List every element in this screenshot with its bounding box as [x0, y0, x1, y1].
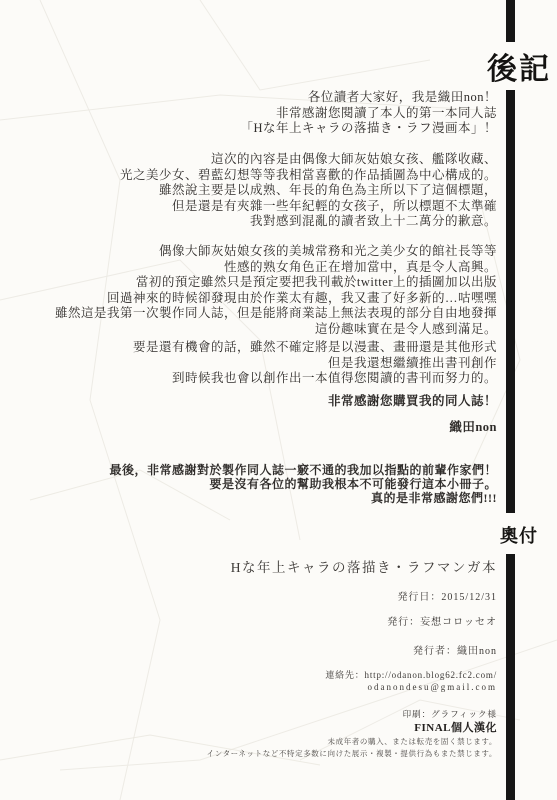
text-line: 要是還有機會的話，雖然不確定將是以漫畫、畫冊還是其他形式: [30, 340, 497, 356]
future-plans-paragraph: 要是還有機會的話，雖然不確定將是以漫畫、畫冊還是其他形式 但是我還想繼續推出書刊…: [30, 340, 497, 387]
greeting-paragraph: 各位讀者大家好，我是織田non！ 非常感謝您閱讀了本人的第一本同人誌 「Hな年上…: [30, 90, 497, 137]
contact-email: odanondesu@gmail.com: [30, 682, 497, 692]
text-line: 這次的內容是由偶像大師灰姑娘女孩、艦隊收藏、: [30, 152, 497, 168]
text-line: 「Hな年上キャラの落描き・ラフ漫画本」！: [30, 121, 497, 137]
text-line: 雖然說主要是以成熟、年長的角色為主所以下了這個標題，: [30, 183, 497, 199]
final-thanks-paragraph: 最後，非常感謝對於製作同人誌一竅不通的我加以指點的前輩作家們！ 要是沒有各位的幫…: [30, 464, 497, 505]
content-paragraph: 這次的內容是由偶像大師灰姑娘女孩、艦隊收藏、 光之美少女、碧藍幻想等等我相當喜歡…: [30, 152, 497, 230]
issuer: 発行者：織田non: [30, 642, 497, 657]
text-line: 性感的熟女角色正在增加當中，真是令人高興。: [30, 260, 497, 276]
text-line: 各位讀者大家好，我是織田non！: [30, 90, 497, 106]
text-line: 當初的預定雖然只是預定要把我刊載於twitter上的插圖加以出版: [30, 275, 497, 291]
legal-notice-line: インターネットなど不特定多数に向けた展示・複製・提供行為もまた禁じます。: [30, 748, 497, 759]
text-line: 要是沒有各位的幫助我根本不可能發行這本小冊子。: [30, 478, 497, 492]
text-line: 非常感謝您閱讀了本人的第一本同人誌: [30, 106, 497, 122]
right-edge-bar-top: [506, 0, 515, 42]
right-edge-bar-middle: [506, 90, 515, 513]
text-line: 光之美少女、碧藍幻想等等我相當喜歡的作品插圖為中心構成的。: [30, 168, 497, 184]
legal-notice-line: 未成年者の購入、または転売を固く禁じます。: [30, 736, 497, 747]
publish-date: 発行日：2015/12/31: [30, 588, 497, 603]
text-line: 真的是非常感謝您們!!!: [30, 492, 497, 506]
text-line: 但是我還想繼續推出書刊創作: [30, 356, 497, 372]
colophon-heading: 奧付: [500, 522, 538, 548]
right-edge-bar-bottom: [506, 554, 515, 800]
book-title: Hな年上キャラの落描き・ラフマンガ本: [30, 560, 497, 576]
text-line: 最後，非常感謝對於製作同人誌一竅不通的我加以指點的前輩作家們！: [30, 464, 497, 478]
afterword-heading: 後記: [487, 44, 551, 88]
text-line: 但是還是有夾雜一些年紀輕的女孩子，所以標題不太準確: [30, 199, 497, 215]
text-line: 回過神來的時候卻發現由於作業太有趣，我又畫了好多新的…咕嘿嘿: [30, 291, 497, 307]
text-line: 我對感到混亂的讀者致上十二萬分的歉意。: [30, 214, 497, 230]
text-line: 偶像大師灰姑娘女孩的美城常務和光之美少女的館社長等等: [30, 244, 497, 260]
contact-url: 連絡先：http://odanon.blog62.fc2.com/: [30, 668, 497, 681]
text-line: 到時候我也會以創作出一本值得您閱讀的書刊而努力的。: [30, 371, 497, 387]
text-line: 這份趣味實在是令人感到滿足。: [30, 322, 497, 338]
afterword-page: 後記 各位讀者大家好，我是織田non！ 非常感謝您閱讀了本人的第一本同人誌 「H…: [0, 0, 557, 800]
author-signature: 織田non: [30, 420, 497, 436]
text-line: 雖然這是我第一次製作同人誌，但是能將商業誌上無法表現的部分自由地發揮: [30, 306, 497, 322]
publisher-circle: 発行：妄想コロッセオ: [30, 613, 497, 628]
process-paragraph: 偶像大師灰姑娘女孩的美城常務和光之美少女的館社長等等 性感的熟女角色正在增加當中…: [30, 244, 497, 337]
translation-credit: FINAL個人漢化: [30, 719, 497, 735]
purchase-thanks-line: 非常感謝您購買我的同人誌！: [30, 394, 497, 410]
